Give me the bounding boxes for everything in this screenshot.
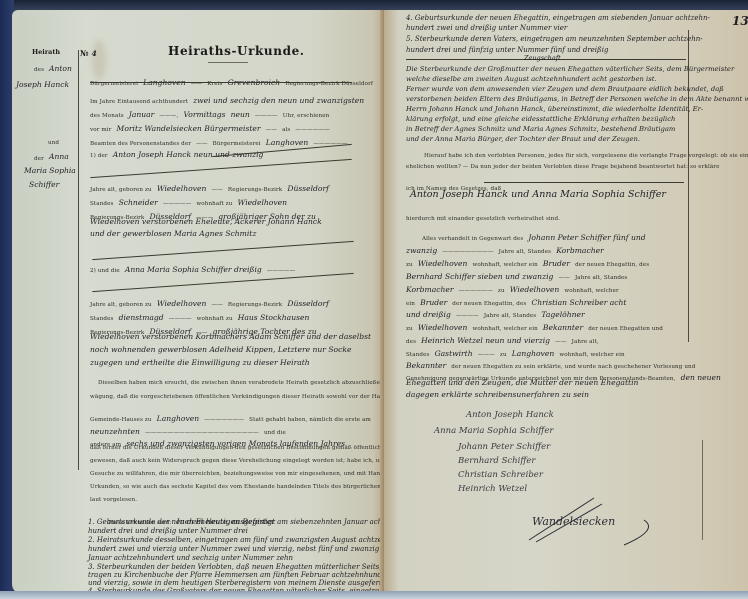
continuation-line-3: 5. Sterbeurkunde deren Vaters, eingetrag…	[406, 35, 703, 43]
margin-groom-line2: Joseph Hanck	[16, 80, 69, 89]
margin-bride-line3: Schiffer	[29, 180, 59, 189]
groom-parents-2: und der gewerblosen Maria Agnes Schmitz	[90, 229, 256, 238]
left-page: Heirath des Anton Joseph Hanck und der A…	[12, 10, 384, 594]
continuation-line-4: hundert drei und fünfzig unter Nummer fü…	[406, 46, 608, 54]
signature-witness-3: Christian Schreiber	[458, 470, 543, 480]
bride-index: 2) und die	[90, 268, 120, 274]
signature-witness-4: Heinrich Wetzel	[458, 484, 527, 494]
title-flourish	[208, 62, 248, 63]
documents-line-7: 3. Sterbeurkunden der beiden Verlobten, …	[88, 563, 384, 571]
witness-3-der-neuen: der neuen Ehegatten und	[588, 326, 663, 332]
right-margin-rule	[702, 440, 703, 540]
signature-groom: Anton Joseph Hanck	[466, 410, 554, 420]
margin-bride-line2: Maria Sophia	[24, 166, 76, 175]
book-bottom-edge	[0, 591, 748, 599]
question-line-1: Hierauf habe ich den verlobten Personen,…	[424, 153, 748, 159]
closing-hand-2: Ehegatten und den Zeugen, die Mutter der…	[406, 378, 638, 387]
fill-rule	[484, 182, 684, 183]
declaration-line-9: Urkunden, so wie auch das sechste Kapite…	[90, 484, 384, 490]
groom-index: 1) der	[90, 153, 108, 159]
documents-line-6: Januar achtzehnhundert und sechzig unter…	[88, 554, 293, 562]
signature-flourish	[524, 490, 674, 550]
couple-names: Anton Joseph Hanck und Anna Maria Sophia…	[410, 189, 666, 200]
margin-heading: Heirath	[32, 48, 60, 56]
certificate-title: Heiraths-Urkunde.	[168, 44, 305, 58]
documents-line-9: und vierzig, sowie in dem heutigen Sterb…	[88, 579, 384, 587]
closing-hand-1: den neuen	[681, 373, 721, 382]
margin-und-label: und	[48, 140, 59, 146]
continuation-line-9: verstorbenen beiden Eltern des Bräutigam…	[406, 95, 748, 103]
certificate-number-label: №	[80, 48, 89, 58]
continuation-line-7: welche dieselbe am zweiten August achtze…	[406, 75, 657, 83]
declaration-line-2: wägung, daß die vorgeschriebenen öffentl…	[90, 394, 384, 400]
documents-line-2: 1. Geburtsurkunde der neuen Eheleute, au…	[88, 518, 384, 526]
groom-bezirk: Düsseldorf	[287, 184, 329, 193]
declaration-line-8: Gesuche zu willfahren, die mir überreich…	[90, 471, 384, 477]
signature-bride: Anna Maria Sophia Schiffer	[434, 426, 553, 436]
signature-witness-2: Bernhard Schiffer	[458, 456, 535, 466]
continuation-line-10: Herrn Johann Hanck und Johann Hanck, übe…	[406, 105, 703, 113]
declaration-line-7: gewesen, daß auch kein Widerspruch gegen…	[90, 458, 384, 464]
question-line-2: ehelichen wollten? — Da nun jeder der be…	[406, 164, 720, 170]
bride-consent: zugegen und ertheilte die Einwilligung z…	[90, 358, 310, 367]
margin-der-label: der	[34, 156, 44, 162]
page-number: 13.	[732, 14, 748, 28]
margin-bride-line1: Anna	[49, 152, 69, 161]
intro-bgm-value: Langhoven	[266, 138, 308, 147]
signature-witness-1: Johann Peter Schiffer	[458, 442, 550, 452]
declaration-line-1: Dieselben haben mich ersucht, die zwisch…	[98, 380, 384, 386]
groom-parents-1: Wiedelhoven verstorbenen Eheleute, Acker…	[90, 217, 322, 226]
continuation-line-6: Die Sterbeurkunde der Großmutter der neu…	[406, 65, 734, 73]
margin-divider	[78, 50, 79, 470]
documents-line-3: hundert drei und dreißig unter Nummer dr…	[88, 527, 248, 535]
continuation-line-2: hundert zwei und dreißig unter Nummer vi…	[406, 24, 567, 32]
closing-hand-3: dagegen erklärte schreibensunerfahren zu…	[406, 390, 589, 399]
documents-line-4: 2. Heiratsurkunde desselben, eingetragen…	[88, 536, 384, 544]
continuation-line-12: in Betreff der Agnes Schmitz und Maria A…	[406, 125, 675, 133]
declaration-line-10: laut vorgelesen.	[90, 497, 137, 503]
certificate-number-value: 4	[92, 49, 97, 58]
margin-des-label: des	[34, 67, 44, 73]
continuation-line-13: und der Anna Maria Bürger, der Tochter d…	[406, 135, 640, 143]
bride-parents-2: noch wohnenden gewerblosen Adelheid Kipp…	[90, 345, 351, 354]
continuation-heading: Zeugschaft	[524, 54, 561, 62]
bride-parents-1: Wiedelhoven verstorbenen Korbmachers Ada…	[90, 332, 371, 341]
header-rule	[90, 82, 352, 83]
right-page: 13. 4. Geburtsurkunde der neuen Ehegatti…	[384, 10, 748, 594]
continuation-line-1: 4. Geburtsurkunde der neuen Ehegattin, e…	[406, 14, 710, 22]
right-border-rule	[688, 30, 689, 342]
documents-line-8: tragen zu Kirchenbuche der Pfarre Hemmer…	[88, 571, 384, 579]
continuation-line-8: Ferner wurde von dem anwesenden vier Zeu…	[406, 85, 724, 93]
margin-groom-line1: Anton	[49, 64, 72, 73]
declaration-line-6: daß ferner die Urkunden dieser Verkündig…	[90, 445, 384, 451]
continuation-line-11: klärung erfolgt, und eine gleiche eidess…	[406, 115, 675, 123]
united-statement: hierdurch mit einander gesetzlich verhei…	[406, 216, 560, 222]
documents-line-5: hundert zwei und vierzig unter Nummer zw…	[88, 545, 379, 553]
bride-name-age: Anna Maria Sophia Schiffer dreißig	[125, 265, 262, 274]
